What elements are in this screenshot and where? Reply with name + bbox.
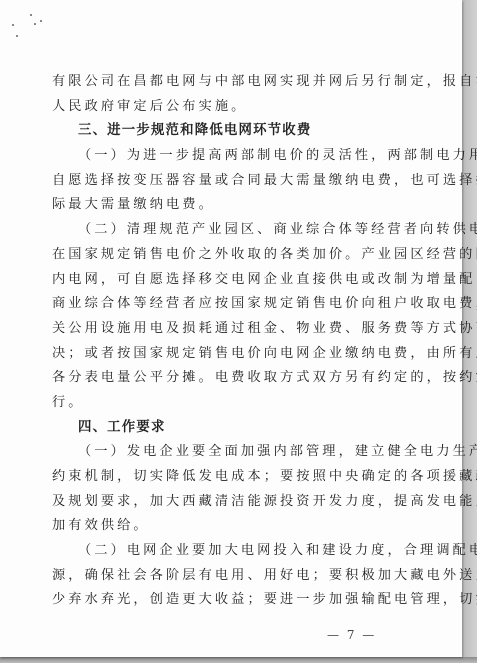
document-page: 有限公司在昌都电网与中部电网实现并网后另行制定，报自治区 人民政府审定后公布实施…	[0, 0, 462, 657]
page-number: — 7 —	[327, 628, 376, 642]
text-line: （二）电网企业要加大电网投入和建设力度，合理调配电力资	[52, 539, 414, 564]
text-line: 有限公司在昌都电网与中部电网实现并网后另行制定，报自治区	[52, 70, 414, 95]
text-line: 际最大需量缴纳电费。	[52, 193, 414, 218]
text-line: 自愿选择按变压器容量或合同最大需量缴纳电费，也可选择按实	[52, 169, 414, 194]
text-line: 人民政府审定后公布实施。	[52, 95, 414, 120]
text-line: 加有效供给。	[52, 514, 414, 539]
text-line: （一）为进一步提高两部制电价的灵活性，两部制电力用户可	[52, 144, 414, 169]
text-line: 及规划要求，加大西藏清洁能源投资开发力度，提高发电能力，增	[52, 490, 414, 515]
text-line: 约束机制，切实降低发电成本；要按照中央确定的各项援藏政策以	[52, 465, 414, 490]
scanner-edge-bottom	[0, 657, 477, 663]
text-line: 各分表电量公平分摊。电费收取方式双方另有约定的，按约定执	[52, 366, 414, 391]
text-line: 内电网，可自愿选择移交电网企业直接供电或改制为增量配电网。	[52, 268, 414, 293]
text-line: 少弃水弃光，创造更大收益；要进一步加强输配电管理，切实降低	[52, 588, 414, 613]
text-line: （二）清理规范产业园区、商业综合体等经营者向转供电用户	[52, 218, 414, 243]
text-line: 在国家规定销售电价之外收取的各类加价。产业园区经营的园区	[52, 243, 414, 268]
section-heading-4: 四、工作要求	[52, 416, 414, 441]
document-body: 有限公司在昌都电网与中部电网实现并网后另行制定，报自治区 人民政府审定后公布实施…	[52, 70, 414, 613]
text-line: 决；或者按国家规定销售电价向电网企业缴纳电费，由所有用户按	[52, 342, 414, 367]
scan-specks	[6, 10, 46, 40]
text-line: 关公用设施用电及损耗通过租金、物业费、服务费等方式协商解	[52, 317, 414, 342]
text-line: （一）发电企业要全面加强内部管理，建立健全电力生产成本	[52, 440, 414, 465]
section-heading-3: 三、进一步规范和降低电网环节收费	[52, 119, 414, 144]
text-line: 商业综合体等经营者应按国家规定销售电价向租户收取电费，相	[52, 292, 414, 317]
text-line: 行。	[52, 391, 414, 416]
text-line: 源，确保社会各阶层有电用、用好电；要积极加大藏电外送力度，减	[52, 564, 414, 589]
